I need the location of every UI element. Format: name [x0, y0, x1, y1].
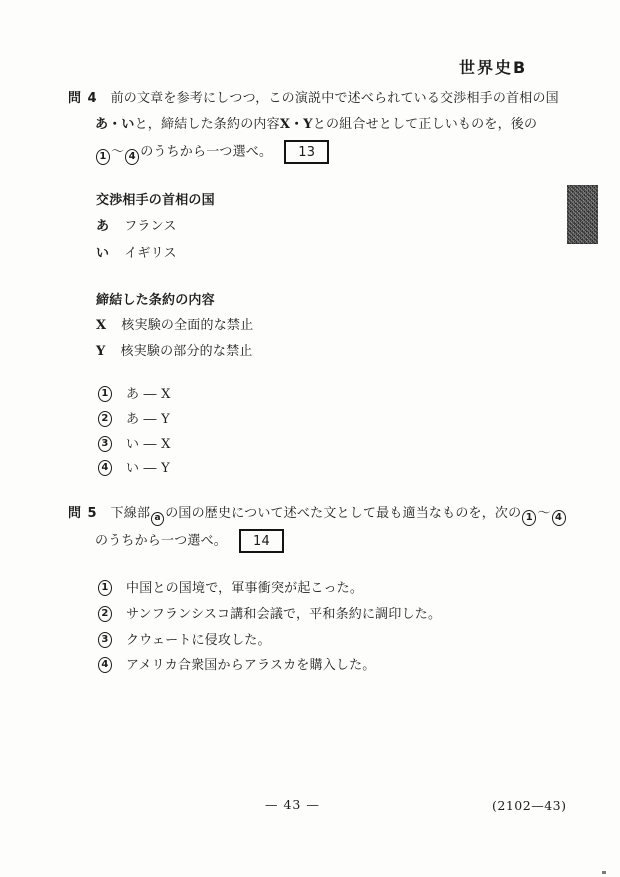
circled-2-icon: 2 — [98, 411, 112, 427]
q4-tilde: ～ — [111, 145, 124, 160]
item-text-britain: イギリス — [124, 245, 177, 262]
q4-choice-3-text: い ― X — [126, 436, 171, 453]
q5-label: 問 5 — [68, 506, 98, 521]
circled-1-icon: 1 — [98, 386, 112, 402]
q4-intro-line-2: あ・いと，締結した条約の内容X・Yとの組合せとして正しいものを，後の — [95, 116, 537, 133]
q5-choice-2-text: サンフランシスコ講和会議で，平和条約に調印した。 — [126, 606, 441, 623]
answer-box-13: 13 — [284, 140, 329, 164]
item-key-y: Y — [96, 343, 105, 360]
item-text-france: フランス — [124, 218, 176, 235]
circled-4-icon: 4 — [98, 460, 112, 476]
q4-group2-item-y: Y 核実験の部分的な禁止 — [96, 343, 253, 360]
q5-choice-1: 1 中国との国境で，軍事衝突が起こった。 — [97, 580, 363, 597]
q4-choice-2-text: あ ― Y — [126, 411, 170, 428]
page-title: 世界史B — [459, 55, 527, 78]
q4-group1-heading: 交渉相手の首相の国 — [96, 192, 215, 209]
exam-page: 世界史B 問 4前の文章を参考にしつつ，この演説中で述べられている交渉相手の首相… — [0, 0, 620, 877]
q4-choice-1: 1 あ ― X — [97, 386, 171, 403]
booklet-code: (2102—43) — [492, 798, 566, 813]
q4-choice-3: 3 い ― X — [97, 436, 171, 453]
q4-select-text: のうちから一つ選べ。 — [140, 145, 272, 160]
q5-choice-4-text: アメリカ合衆国からアラスカを購入した。 — [126, 657, 376, 674]
q5-choice-3-text: クウェートに侵攻した。 — [126, 632, 271, 649]
q4-line2-text-2: との組合せとして正しいものを，後の — [313, 117, 537, 132]
q4-choice-2: 2 あ ― Y — [97, 411, 170, 428]
q4-group1-item-a: あ フランス — [96, 218, 177, 235]
q4-label: 問 4 — [68, 91, 98, 106]
q5-choice-1-text: 中国との国境で，軍事衝突が起こった。 — [126, 580, 363, 597]
scan-speck-artifact — [602, 871, 606, 874]
circled-2-icon: 2 — [98, 606, 112, 622]
item-key-x: X — [96, 317, 106, 334]
q5-line1-text-2: の国の歴史について述べた文として最も適当なものを，次の — [165, 506, 521, 521]
q5-choice-3: 3 クウェートに侵攻した。 — [97, 632, 271, 649]
answer-box-14: 14 — [239, 529, 284, 553]
q5-choice-2: 2 サンフランシスコ講和会議で，平和条約に調印した。 — [97, 606, 441, 623]
circled-1-icon: 1 — [96, 149, 110, 165]
item-text-total-ban: 核実験の全面的な禁止 — [121, 317, 253, 334]
q5-intro-line-2: のうちから一つ選べ。14 — [95, 529, 284, 553]
circled-3-icon: 3 — [98, 632, 112, 648]
q4-line2-text-1: と，締結した条約の内容 — [135, 117, 280, 132]
q5-tilde: ～ — [537, 506, 550, 521]
item-text-partial-ban: 核実験の部分的な禁止 — [120, 343, 252, 360]
q5-select-text: のうちから一つ選べ。 — [95, 534, 227, 549]
q4-intro-line-3: 1～4のうちから一つ選べ。13 — [95, 140, 329, 165]
circled-a-icon: a — [151, 512, 164, 526]
circled-4-icon: 4 — [125, 149, 139, 165]
q5-line1-text-1: 下線部 — [111, 506, 151, 521]
q4-line1-text: 前の文章を参考にしつつ，この演説中で述べられている交渉相手の首相の国 — [111, 91, 559, 106]
q4-keys-x-y: X・Y — [280, 117, 313, 132]
page-number: — 43 — — [265, 797, 320, 812]
circled-1-icon: 1 — [98, 580, 112, 596]
q4-choice-1-text: あ ― X — [126, 386, 171, 403]
circled-3-icon: 3 — [98, 436, 112, 452]
item-key-a: あ — [96, 218, 109, 235]
q4-keys-a-i: あ・い — [95, 117, 135, 132]
scan-bleedthrough-artifact — [567, 185, 598, 244]
q4-choice-4: 4 い ― Y — [97, 460, 170, 477]
q4-group2-heading: 締結した条約の内容 — [96, 292, 215, 309]
q4-group2-item-x: X 核実験の全面的な禁止 — [96, 317, 253, 334]
circled-4-icon: 4 — [98, 657, 112, 673]
q4-intro-line-1: 問 4前の文章を参考にしつつ，この演説中で述べられている交渉相手の首相の国 — [68, 90, 559, 107]
q5-choice-4: 4 アメリカ合衆国からアラスカを購入した。 — [97, 657, 376, 674]
q5-intro-line-1: 問 5下線部aの国の歴史について述べた文として最も適当なものを，次の1～4 — [68, 505, 567, 526]
q4-group1-item-i: い イギリス — [96, 245, 177, 262]
item-key-i: い — [96, 245, 109, 262]
circled-1-icon: 1 — [522, 510, 536, 526]
q4-choice-4-text: い ― Y — [126, 460, 170, 477]
circled-4-icon: 4 — [552, 510, 566, 526]
